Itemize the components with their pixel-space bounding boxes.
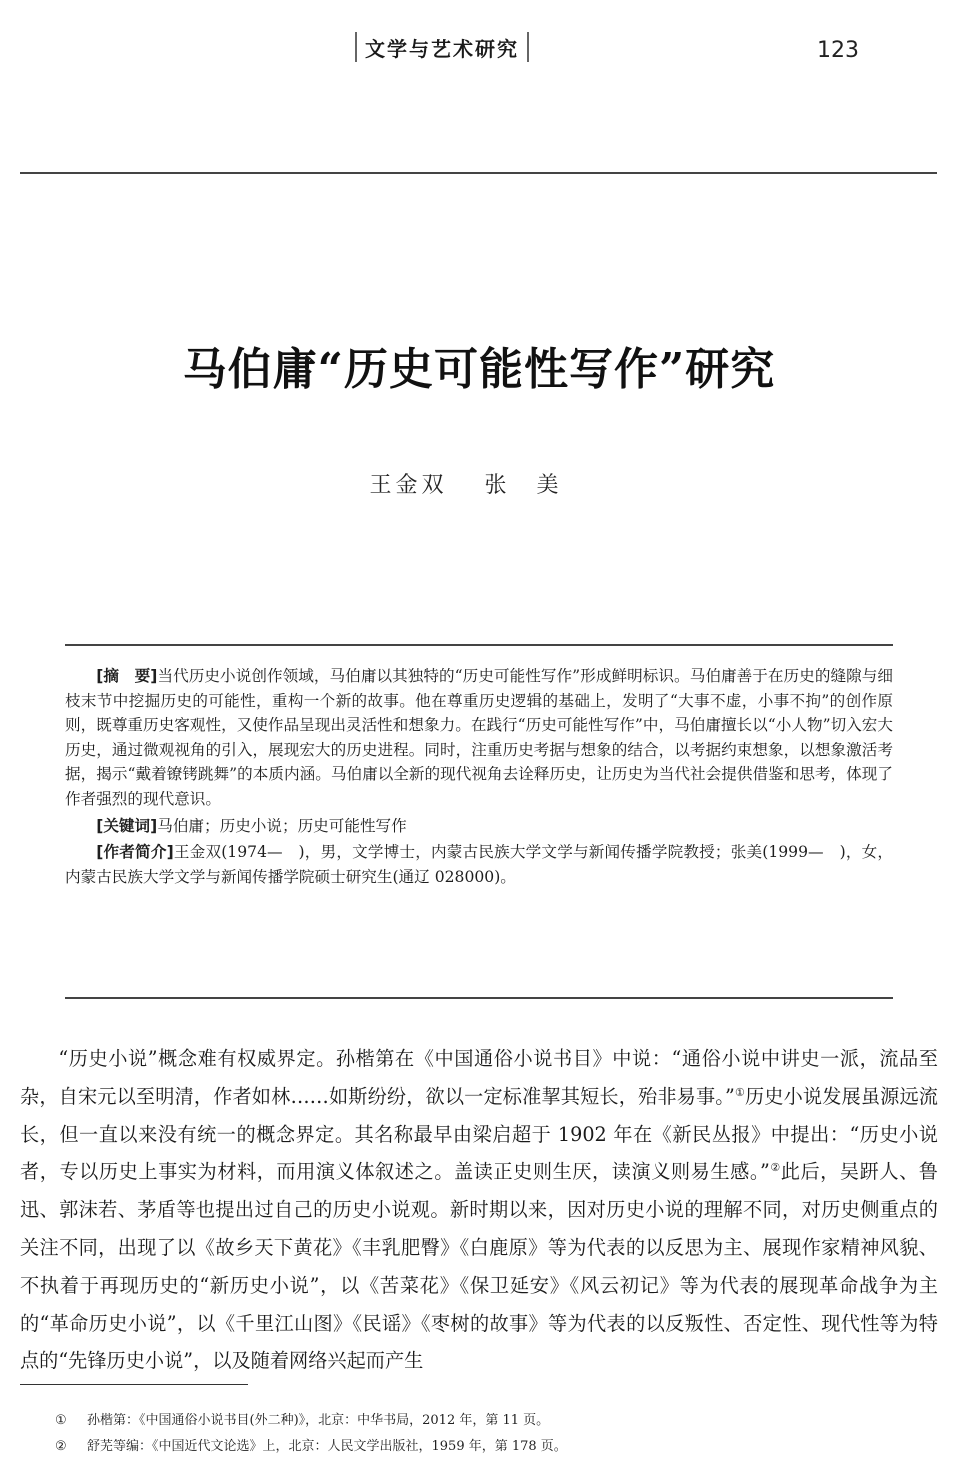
footnote-mark: ② <box>55 1434 87 1460</box>
author-bio-text: 王金双(1974— )，男，文学博士，内蒙古民族大学文学与新闻传播学院教授；张美… <box>65 843 893 886</box>
keywords-text: 马伯庸；历史小说；历史可能性写作 <box>157 817 407 835</box>
header-divider <box>20 172 937 174</box>
keywords-label: [关键词] <box>96 817 157 835</box>
footnote-text: 舒芜等编：《中国近代文论选》上，北京：人民文学出版社，1959 年，第 178 … <box>87 1434 567 1460</box>
page-number: 123 <box>817 38 859 63</box>
author-list: 王金双 张美 <box>0 468 958 499</box>
footnote-ref-1[interactable]: ① <box>735 1086 745 1099</box>
abstract-text: 当代历史小说创作领域，马伯庸以其独特的“历史可能性写作”形成鲜明标识。马伯庸善于… <box>65 667 893 808</box>
abstract-paragraph: [摘 要]当代历史小说创作领域，马伯庸以其独特的“历史可能性写作”形成鲜明标识。… <box>65 664 893 812</box>
body-text-span: 此后，吴趼人、鲁迅、郭沫若、茅盾等也提出过自己的历史小说观。新时期以来，因对历史… <box>20 1160 938 1372</box>
keywords-paragraph: [关键词]马伯庸；历史小说；历史可能性写作 <box>65 814 893 839</box>
abstract-top-divider <box>65 644 893 646</box>
author-bio-paragraph: [作者简介]王金双(1974— )，男，文学博士，内蒙古民族大学文学与新闻传播学… <box>65 840 893 889</box>
footnote-item: ① 孙楷第：《中国通俗小说书目(外二种)》，北京：中华书局，2012 年，第 1… <box>55 1408 915 1434</box>
body-paragraph: “历史小说”概念难有权威界定。孙楷第在《中国通俗小说书目》中说：“通俗小说中讲史… <box>20 1040 938 1380</box>
footnote-divider <box>20 1384 248 1385</box>
footnote-text: 孙楷第：《中国通俗小说书目(外二种)》，北京：中华书局，2012 年，第 11 … <box>87 1408 549 1434</box>
body-text: “历史小说”概念难有权威界定。孙楷第在《中国通俗小说书目》中说：“通俗小说中讲史… <box>20 1040 938 1380</box>
footnote-ref-2[interactable]: ② <box>770 1161 781 1174</box>
author-name: 张美 <box>485 468 589 499</box>
journal-section-header: 文学与艺术研究 <box>355 30 529 64</box>
abstract-block: [摘 要]当代历史小说创作领域，马伯庸以其独特的“历史可能性写作”形成鲜明标识。… <box>65 664 893 889</box>
header-bar-right <box>527 32 529 62</box>
author-name: 王金双 <box>369 468 447 499</box>
abstract-label: [摘 要] <box>96 667 157 685</box>
footnote-item: ② 舒芜等编：《中国近代文论选》上，北京：人民文学出版社，1959 年，第 17… <box>55 1434 915 1460</box>
footnotes: ① 孙楷第：《中国通俗小说书目(外二种)》，北京：中华书局，2012 年，第 1… <box>55 1408 915 1460</box>
footnote-mark: ① <box>55 1408 87 1434</box>
article-title: 马伯庸“历史可能性写作”研究 <box>0 333 958 397</box>
section-title: 文学与艺术研究 <box>357 33 527 62</box>
abstract-bottom-divider <box>65 997 893 999</box>
author-bio-label: [作者简介] <box>96 843 174 861</box>
